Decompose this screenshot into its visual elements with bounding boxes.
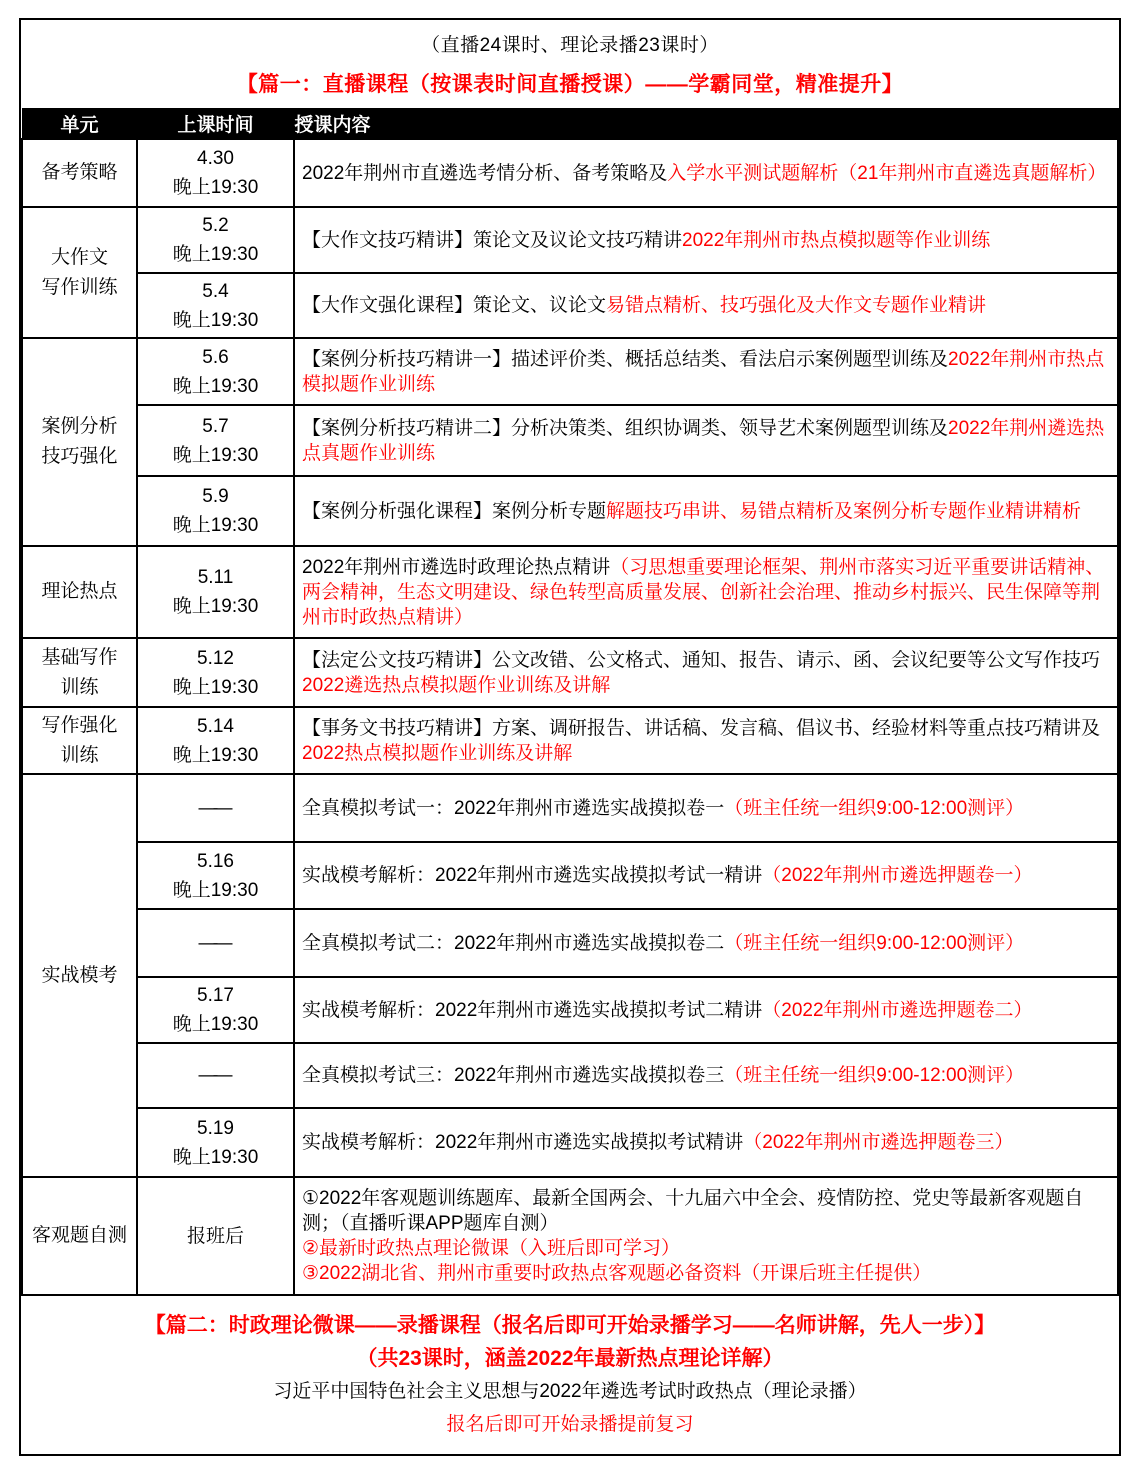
time-cell: 5.17晚上19:30 xyxy=(137,977,294,1043)
content-paragraph: 【大作文强化课程】策论文、议论文易错点精析、技巧强化及大作文专题作业精讲 xyxy=(302,293,1109,318)
time-label: 晚上19:30 xyxy=(140,1143,291,1172)
time-label: 5.17 xyxy=(140,981,291,1010)
content-paragraph: 【事务文书技巧精讲】方案、调研报告、讲话稿、发言稿、倡议书、经验材料等重点技巧精… xyxy=(302,716,1109,766)
table-row: 备考策略4.30晚上19:302022年荆州市直遴选考情分析、备考策略及入学水平… xyxy=(22,139,1118,207)
unit-cell: 备考策略 xyxy=(22,139,137,207)
schedule-sheet: （直播24课时、理论录播23课时） 【篇一：直播课程（按课表时间直播授课）——学… xyxy=(19,18,1121,1456)
content-paragraph: 全真模拟考试二：2022年荆州市遴选实战摸拟卷二（班主任统一组织9:00-12:… xyxy=(302,931,1109,956)
content-cell: 实战模考解析：2022年荆州市遴选实战摸拟考试精讲（2022年荆州市遴选押题卷三… xyxy=(294,1108,1118,1177)
table-row: 5.7晚上19:30【案例分析技巧精讲二】分析决策类、组织协调类、领导艺术案例题… xyxy=(22,405,1118,476)
content-text-red: 2022热点模拟题作业训练及讲解 xyxy=(302,743,572,764)
content-cell: 【案例分析强化课程】案例分析专题解题技巧串讲、易错点精析及案例分析专题作业精讲精… xyxy=(294,476,1118,546)
time-label: 晚上19:30 xyxy=(140,511,291,540)
time-label: 5.2 xyxy=(140,211,291,240)
title-block: （直播24课时、理论录播23课时） 【篇一：直播课程（按课表时间直播授课）——学… xyxy=(21,20,1119,108)
content-paragraph: 2022年荆州市遴选时政理论热点精讲（习思想重要理论框架、荆州市落实习近平重要讲… xyxy=(302,555,1109,630)
unit-label: 备考策略 xyxy=(25,158,134,188)
content-cell: 【案例分析技巧精讲二】分析决策类、组织协调类、领导艺术案例题型训练及2022年荆… xyxy=(294,405,1118,476)
time-label: 5.19 xyxy=(140,1114,291,1143)
time-cell: 5.9晚上19:30 xyxy=(137,476,294,546)
table-header-row: 单元 上课时间 授课内容 xyxy=(22,109,1118,140)
table-row: 写作强化训练5.14晚上19:30【事务文书技巧精讲】方案、调研报告、讲话稿、发… xyxy=(22,707,1118,774)
content-cell: ①2022年客观题训练题库、最新全国两会、十九届六中全会、疫情防控、党史等最新客… xyxy=(294,1177,1118,1295)
content-text: 【案例分析强化课程】案例分析专题 xyxy=(302,501,606,522)
time-label: 5.14 xyxy=(140,712,291,741)
content-cell: 【法定公文技巧精讲】公文改错、公文格式、通知、报告、请示、函、会议纪要等公文写作… xyxy=(294,638,1118,707)
content-text: 【大作文技巧精讲】策论文及议论文技巧精讲 xyxy=(302,230,682,251)
content-text-red: （2022年荆州市遴选押题卷一） xyxy=(762,865,1032,886)
time-label: 5.4 xyxy=(140,277,291,306)
content-text-red: （2022年荆州市遴选押题卷二） xyxy=(762,1000,1032,1021)
unit-label: 训练 xyxy=(25,673,134,703)
time-label: 晚上19:30 xyxy=(140,1010,291,1039)
content-text: 【大作文强化课程】策论文、议论文 xyxy=(302,295,606,316)
content-paragraph: ①2022年客观题训练题库、最新全国两会、十九届六中全会、疫情防控、党史等最新客… xyxy=(302,1186,1109,1236)
time-cell: 5.11晚上19:30 xyxy=(137,546,294,638)
table-body: 备考策略4.30晚上19:302022年荆州市直遴选考情分析、备考策略及入学水平… xyxy=(22,139,1118,1295)
content-paragraph: 【案例分析强化课程】案例分析专题解题技巧串讲、易错点精析及案例分析专题作业精讲精… xyxy=(302,499,1109,524)
content-paragraph: 全真模拟考试三：2022年荆州市遴选实战摸拟卷三（班主任统一组织9:00-12:… xyxy=(302,1063,1109,1088)
unit-label: 客观题自测 xyxy=(25,1221,134,1251)
table-row: 5.9晚上19:30【案例分析强化课程】案例分析专题解题技巧串讲、易错点精析及案… xyxy=(22,476,1118,546)
time-cell: 5.14晚上19:30 xyxy=(137,707,294,774)
time-label: 5.6 xyxy=(140,343,291,372)
time-cell: 5.19晚上19:30 xyxy=(137,1108,294,1177)
content-text-red: 入学水平测试题解析（21年荆州市直遴选真题解析） xyxy=(667,163,1106,184)
content-text: 全真模拟考试三：2022年荆州市遴选实战摸拟卷三 xyxy=(302,1065,724,1086)
unit-label: 理论热点 xyxy=(25,577,134,607)
unit-cell: 客观题自测 xyxy=(22,1177,137,1295)
unit-cell: 案例分析技巧强化 xyxy=(22,338,137,546)
time-cell: 5.2晚上19:30 xyxy=(137,207,294,273)
content-text: 实战模考解析：2022年荆州市遴选实战摸拟考试二精讲 xyxy=(302,1000,762,1021)
table-row: 5.19晚上19:30实战模考解析：2022年荆州市遴选实战摸拟考试精讲（202… xyxy=(22,1108,1118,1177)
content-paragraph: 实战模考解析：2022年荆州市遴选实战摸拟考试一精讲（2022年荆州市遴选押题卷… xyxy=(302,863,1109,888)
content-text-red: ②最新时政热点理论微课（入班后即可学习） xyxy=(302,1238,680,1259)
table-row: ——全真模拟考试二：2022年荆州市遴选实战摸拟卷二（班主任统一组织9:00-1… xyxy=(22,909,1118,977)
content-text: 【案例分析技巧精讲一】描述评价类、概括总结类、看法启示案例题型训练及 xyxy=(302,349,948,370)
content-paragraph: 【法定公文技巧精讲】公文改错、公文格式、通知、报告、请示、函、会议纪要等公文写作… xyxy=(302,648,1109,698)
content-text-red: ③2022湖北省、荆州市重要时政热点客观题必备资料（开课后班主任提供） xyxy=(302,1263,931,1284)
content-cell: 2022年荆州市遴选时政理论热点精讲（习思想重要理论框架、荆州市落实习近平重要讲… xyxy=(294,546,1118,638)
time-label: 晚上19:30 xyxy=(140,306,291,335)
unit-label: 技巧强化 xyxy=(25,442,134,472)
time-cell: 5.12晚上19:30 xyxy=(137,638,294,707)
footer-block: 【篇二：时政理论微课——录播课程（报名后即可开始录播学习——名师讲解，先人一步）… xyxy=(21,1296,1119,1453)
time-label: 晚上19:30 xyxy=(140,372,291,401)
unit-label: 大作文 xyxy=(25,243,134,273)
content-text: 2022年荆州市直遴选考情分析、备考策略及 xyxy=(302,163,667,184)
content-text: 【事务文书技巧精讲】方案、调研报告、讲话稿、发言稿、倡议书、经验材料等重点技巧精… xyxy=(302,718,1100,739)
unit-label: 写作训练 xyxy=(25,273,134,303)
section-two-title: 【篇二：时政理论微课——录播课程（报名后即可开始录播学习——名师讲解，先人一步）… xyxy=(145,1309,996,1342)
time-label: 晚上19:30 xyxy=(140,592,291,621)
content-text: 实战模考解析：2022年荆州市遴选实战摸拟考试精讲 xyxy=(302,1132,743,1153)
unit-cell: 基础写作训练 xyxy=(22,638,137,707)
time-label: —— xyxy=(140,1061,291,1090)
content-text-red: （班主任统一组织9:00-12:00测评） xyxy=(724,933,1024,954)
unit-cell: 大作文写作训练 xyxy=(22,207,137,338)
time-label: 5.7 xyxy=(140,412,291,441)
content-paragraph: 实战模考解析：2022年荆州市遴选实战摸拟考试二精讲（2022年荆州市遴选押题卷… xyxy=(302,998,1109,1023)
content-cell: 全真模拟考试三：2022年荆州市遴选实战摸拟卷三（班主任统一组织9:00-12:… xyxy=(294,1043,1118,1108)
unit-label: 基础写作 xyxy=(25,643,134,673)
table-row: 实战模考——全真模拟考试一：2022年荆州市遴选实战摸拟卷一（班主任统一组织9:… xyxy=(22,774,1118,842)
unit-cell: 写作强化训练 xyxy=(22,707,137,774)
content-text-red: 2022年荆州市热点模拟题等作业训练 xyxy=(682,230,990,251)
content-paragraph: 【案例分析技巧精讲二】分析决策类、组织协调类、领导艺术案例题型训练及2022年荆… xyxy=(302,416,1109,466)
time-label: 晚上19:30 xyxy=(140,876,291,905)
content-cell: 【事务文书技巧精讲】方案、调研报告、讲话稿、发言稿、倡议书、经验材料等重点技巧精… xyxy=(294,707,1118,774)
time-label: —— xyxy=(140,794,291,823)
content-paragraph: 2022年荆州市直遴选考情分析、备考策略及入学水平测试题解析（21年荆州市直遴选… xyxy=(302,161,1109,186)
content-text-red: 解题技巧串讲、易错点精析及案例分析专题作业精讲精析 xyxy=(606,501,1081,522)
content-cell: 【案例分析技巧精讲一】描述评价类、概括总结类、看法启示案例题型训练及2022年荆… xyxy=(294,338,1118,405)
column-header-content: 授课内容 xyxy=(294,109,1118,140)
recorded-course-note: 报名后即可开始录播提前复习 xyxy=(446,1408,693,1441)
table-row: 案例分析技巧强化5.6晚上19:30【案例分析技巧精讲一】描述评价类、概括总结类… xyxy=(22,338,1118,405)
time-label: 5.12 xyxy=(140,644,291,673)
content-text-red: （班主任统一组织9:00-12:00测评） xyxy=(724,1065,1024,1086)
table-row: 5.17晚上19:30实战模考解析：2022年荆州市遴选实战摸拟考试二精讲（20… xyxy=(22,977,1118,1043)
content-text: 【法定公文技巧精讲】公文改错、公文格式、通知、报告、请示、函、会议纪要等公文写作… xyxy=(302,650,1100,671)
content-cell: 全真模拟考试一：2022年荆州市遴选实战摸拟卷一（班主任统一组织9:00-12:… xyxy=(294,774,1118,842)
content-cell: 全真模拟考试二：2022年荆州市遴选实战摸拟卷二（班主任统一组织9:00-12:… xyxy=(294,909,1118,977)
table-row: 5.16晚上19:30实战模考解析：2022年荆州市遴选实战摸拟考试一精讲（20… xyxy=(22,842,1118,909)
table-row: 理论热点5.11晚上19:302022年荆州市遴选时政理论热点精讲（习思想重要理… xyxy=(22,546,1118,638)
unit-label: 案例分析 xyxy=(25,412,134,442)
time-label: 晚上19:30 xyxy=(140,441,291,470)
time-cell: 5.6晚上19:30 xyxy=(137,338,294,405)
content-cell: 【大作文强化课程】策论文、议论文易错点精析、技巧强化及大作文专题作业精讲 xyxy=(294,273,1118,338)
content-text: 2022年荆州市遴选时政理论热点精讲 xyxy=(302,557,610,578)
content-cell: 【大作文技巧精讲】策论文及议论文技巧精讲2022年荆州市热点模拟题等作业训练 xyxy=(294,207,1118,273)
time-label: 晚上19:30 xyxy=(140,240,291,269)
content-paragraph: ③2022湖北省、荆州市重要时政热点客观题必备资料（开课后班主任提供） xyxy=(302,1261,1109,1286)
time-label: 4.30 xyxy=(140,144,291,173)
content-text: 全真模拟考试一：2022年荆州市遴选实战摸拟卷一 xyxy=(302,798,724,819)
content-text-red: 易错点精析、技巧强化及大作文专题作业精讲 xyxy=(606,295,986,316)
unit-cell: 理论热点 xyxy=(22,546,137,638)
recorded-course-name: 习近平中国特色社会主义思想与2022年遴选考试时政热点（理论录播） xyxy=(273,1375,866,1408)
content-text-red: 2022遴选热点模拟题作业训练及讲解 xyxy=(302,675,610,696)
time-label: 5.16 xyxy=(140,847,291,876)
content-text: 实战模考解析：2022年荆州市遴选实战摸拟考试一精讲 xyxy=(302,865,762,886)
time-label: 5.9 xyxy=(140,482,291,511)
column-header-unit: 单元 xyxy=(22,109,137,140)
time-label: 晚上19:30 xyxy=(140,741,291,770)
table-row: ——全真模拟考试三：2022年荆州市遴选实战摸拟卷三（班主任统一组织9:00-1… xyxy=(22,1043,1118,1108)
course-schedule-table: 单元 上课时间 授课内容 备考策略4.30晚上19:302022年荆州市直遴选考… xyxy=(21,108,1119,1296)
time-cell: —— xyxy=(137,774,294,842)
content-paragraph: ②最新时政热点理论微课（入班后即可学习） xyxy=(302,1236,1109,1261)
table-row: 客观题自测报班后①2022年客观题训练题库、最新全国两会、十九届六中全会、疫情防… xyxy=(22,1177,1118,1295)
column-header-time: 上课时间 xyxy=(137,109,294,140)
section-two-subtitle: （共23课时，涵盖2022年最新热点理论详解） xyxy=(356,1342,783,1375)
unit-label: 写作强化 xyxy=(25,711,134,741)
content-text-red: （2022年荆州市遴选押题卷三） xyxy=(743,1132,1013,1153)
time-label: 晚上19:30 xyxy=(140,173,291,202)
table-row: 大作文写作训练5.2晚上19:30【大作文技巧精讲】策论文及议论文技巧精讲202… xyxy=(22,207,1118,273)
unit-label: 实战模考 xyxy=(25,961,134,991)
time-cell: —— xyxy=(137,909,294,977)
time-label: 5.11 xyxy=(140,563,291,592)
table-row: 5.4晚上19:30【大作文强化课程】策论文、议论文易错点精析、技巧强化及大作文… xyxy=(22,273,1118,338)
time-cell: 5.4晚上19:30 xyxy=(137,273,294,338)
time-label: 晚上19:30 xyxy=(140,673,291,702)
time-cell: 5.16晚上19:30 xyxy=(137,842,294,909)
content-text: ①2022年客观题训练题库、最新全国两会、十九届六中全会、疫情防控、党史等最新客… xyxy=(302,1188,1083,1234)
content-cell: 2022年荆州市直遴选考情分析、备考策略及入学水平测试题解析（21年荆州市直遴选… xyxy=(294,139,1118,207)
content-text: 【案例分析技巧精讲二】分析决策类、组织协调类、领导艺术案例题型训练及 xyxy=(302,418,948,439)
content-cell: 实战模考解析：2022年荆州市遴选实战摸拟考试二精讲（2022年荆州市遴选押题卷… xyxy=(294,977,1118,1043)
time-label: —— xyxy=(140,929,291,958)
content-paragraph: 全真模拟考试一：2022年荆州市遴选实战摸拟卷一（班主任统一组织9:00-12:… xyxy=(302,796,1109,821)
content-text: 全真模拟考试二：2022年荆州市遴选实战摸拟卷二 xyxy=(302,933,724,954)
time-cell: —— xyxy=(137,1043,294,1108)
time-cell: 报班后 xyxy=(137,1177,294,1295)
course-hours-subtitle: （直播24课时、理论录播23课时） xyxy=(421,30,719,57)
unit-cell: 实战模考 xyxy=(22,774,137,1177)
content-paragraph: 【案例分析技巧精讲一】描述评价类、概括总结类、看法启示案例题型训练及2022年荆… xyxy=(302,347,1109,397)
time-cell: 5.7晚上19:30 xyxy=(137,405,294,476)
time-label: 报班后 xyxy=(140,1222,291,1251)
table-row: 基础写作训练5.12晚上19:30【法定公文技巧精讲】公文改错、公文格式、通知、… xyxy=(22,638,1118,707)
section-one-title: 【篇一：直播课程（按课表时间直播授课）——学霸同堂，精准提升】 xyxy=(237,68,904,98)
content-paragraph: 【大作文技巧精讲】策论文及议论文技巧精讲2022年荆州市热点模拟题等作业训练 xyxy=(302,228,1109,253)
content-cell: 实战模考解析：2022年荆州市遴选实战摸拟考试一精讲（2022年荆州市遴选押题卷… xyxy=(294,842,1118,909)
unit-label: 训练 xyxy=(25,741,134,771)
time-cell: 4.30晚上19:30 xyxy=(137,139,294,207)
content-paragraph: 实战模考解析：2022年荆州市遴选实战摸拟考试精讲（2022年荆州市遴选押题卷三… xyxy=(302,1130,1109,1155)
content-text-red: （班主任统一组织9:00-12:00测评） xyxy=(724,798,1024,819)
